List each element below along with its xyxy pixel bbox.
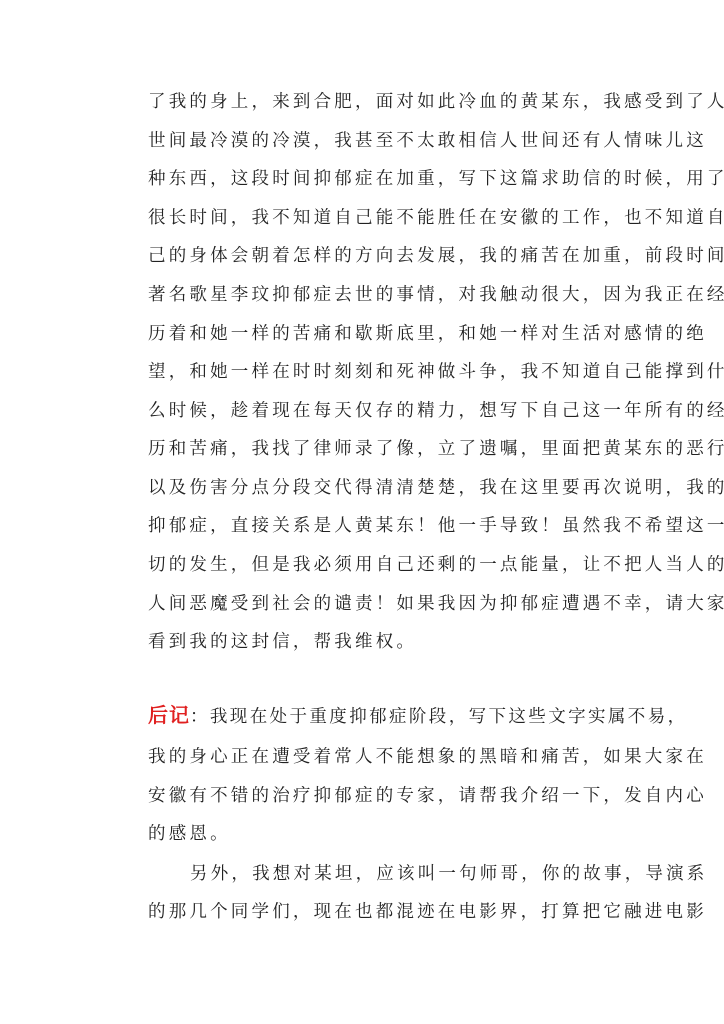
postscript-heading: 后记	[148, 703, 190, 727]
text-line: 世间最冷漠的冷漠，我甚至不太敢相信人世间还有人情味儿这	[148, 129, 707, 153]
text-line: 我的身心正在遭受着常人不能想象的黑暗和痛苦，如果大家在	[148, 745, 707, 769]
text-line: 历和苦痛，我找了律师录了像，立了遗嘱，里面把黄某东的恶行	[148, 437, 724, 461]
text-line: 么时候，趁着现在每天仅存的精力，想写下自己这一年所有的经	[148, 399, 724, 423]
text-line: 另外，我想对某坦，应该叫一句师哥，你的故事，导演系	[190, 862, 708, 886]
text-line: 切的发生，但是我必须用自己还剩的一点能量，让不把人当人的	[148, 553, 724, 577]
postscript-text: ：我现在处于重度抑郁症阶段，写下这些文字实属不易，	[190, 707, 688, 727]
text-line: 己的身体会朝着怎样的方向去发展，我的痛苦在加重，前段时间	[148, 244, 724, 268]
text-line: 很长时间，我不知道自己能不能胜任在安徽的工作，也不知道自	[148, 206, 724, 230]
text-line: 历着和她一样的苦痛和歇斯底里，和她一样对生活对感情的绝	[148, 322, 707, 346]
text-line: 安徽有不错的治疗抑郁症的专家，请帮我介绍一下，发自内心	[148, 784, 707, 808]
text-line: 望，和她一样在时时刻刻和死神做斗争，我不知道自己能撑到什	[148, 360, 724, 384]
postscript-first-line: 后记：我现在处于重度抑郁症阶段，写下这些文字实属不易，	[148, 703, 688, 727]
text-line: 著名歌星李玟抑郁症去世的事情，对我触动很大，因为我正在经	[148, 283, 724, 307]
text-line: 种东西，这段时间抑郁症在加重，写下这篇求助信的时候，用了	[148, 167, 724, 191]
text-line: 的感恩。	[148, 822, 231, 846]
text-line: 以及伤害分点分段交代得清清楚楚，我在这里要再次说明，我的	[148, 476, 724, 500]
text-line: 抑郁症，直接关系是人黄某东！他一手导致！虽然我不希望这一	[148, 514, 724, 538]
text-line: 人间恶魔受到社会的谴责！如果我因为抑郁症遭遇不幸，请大家	[148, 592, 724, 616]
text-line: 的那几个同学们，现在也都混迹在电影界，打算把它融进电影	[148, 900, 707, 924]
text-line: 看到我的这封信，帮我维权。	[148, 630, 417, 654]
text-line: 了我的身上，来到合肥，面对如此冷血的黄某东，我感受到了人	[148, 90, 724, 114]
